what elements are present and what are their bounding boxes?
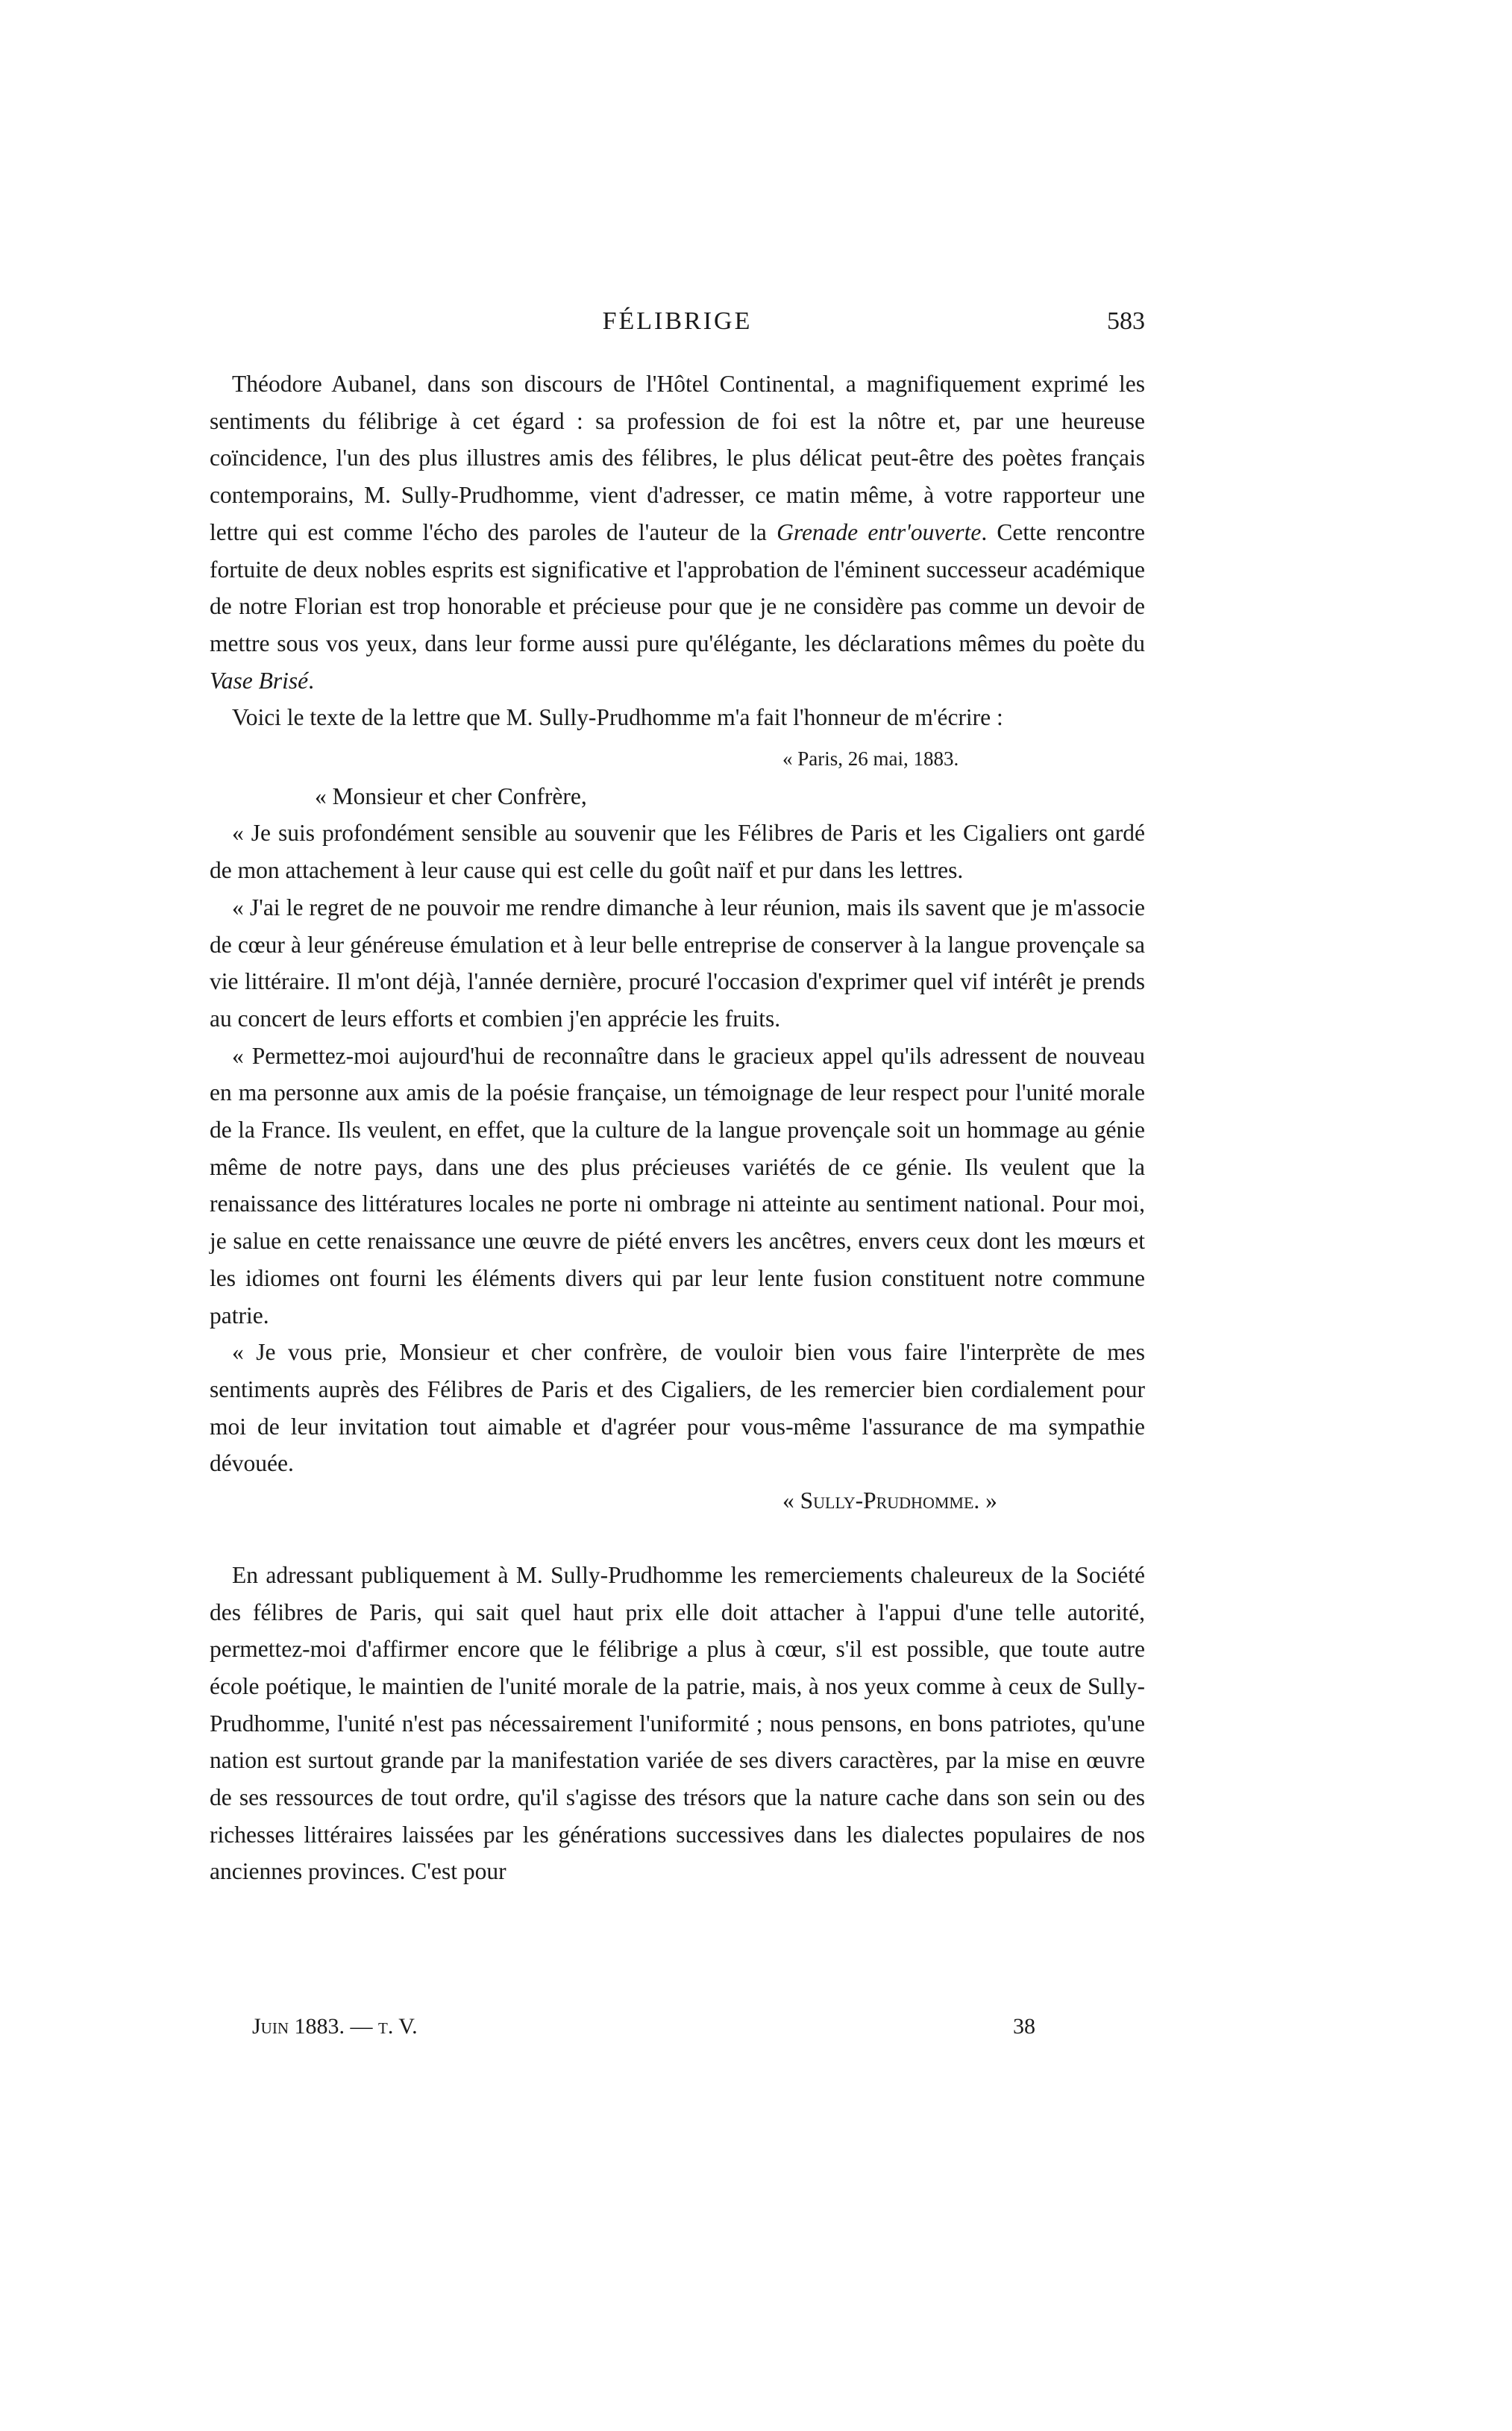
letter-paragraph-1: « Je suis profondément sensible au souve… xyxy=(210,815,1145,888)
footer-imprint: Juin 1883. — t. V. xyxy=(252,2014,418,2039)
italic-title-vase-brise: Vase Brisé xyxy=(210,668,308,694)
footer-separator: — xyxy=(345,2014,378,2039)
page-body: Théodore Aubanel, dans son discours de l… xyxy=(210,366,1145,1890)
letter-salutation: « Monsieur et cher Confrère, xyxy=(210,778,1145,815)
letter-date: « Paris, 26 mai, 1883. xyxy=(210,741,1145,778)
paragraph-conclusion: En adressant publiquement à M. Sully-Pru… xyxy=(210,1557,1145,1890)
page-number: 583 xyxy=(1107,307,1145,336)
book-page: FÉLIBRIGE 583 Théodore Aubanel, dans son… xyxy=(0,0,1512,2431)
letter-paragraph-3: « Permettez-moi aujourd'hui de reconnaît… xyxy=(210,1038,1145,1334)
paragraph-intro: Théodore Aubanel, dans son discours de l… xyxy=(210,366,1145,699)
footer-date: Juin 1883. xyxy=(252,2014,345,2039)
letter-paragraph-4: « Je vous prie, Monsieur et cher confrèr… xyxy=(210,1334,1145,1482)
page-footer: Juin 1883. — t. V. 38 xyxy=(252,2014,1035,2051)
italic-title-grenade: Grenade entr'ouverte xyxy=(777,519,981,545)
letter-signature: « Sully-Prudhomme. » xyxy=(210,1482,1145,1519)
running-title: FÉLIBRIGE xyxy=(210,307,1145,336)
footer-volume: t. V. xyxy=(378,2014,418,2039)
text-span: . xyxy=(308,668,314,694)
letter-paragraph-2: « J'ai le regret de ne pouvoir me rendre… xyxy=(210,889,1145,1038)
paragraph-letter-intro: Voici le texte de la lettre que M. Sully… xyxy=(210,699,1145,736)
running-head: FÉLIBRIGE 583 xyxy=(210,307,1145,345)
signature-mark: 38 xyxy=(1013,2014,1035,2039)
